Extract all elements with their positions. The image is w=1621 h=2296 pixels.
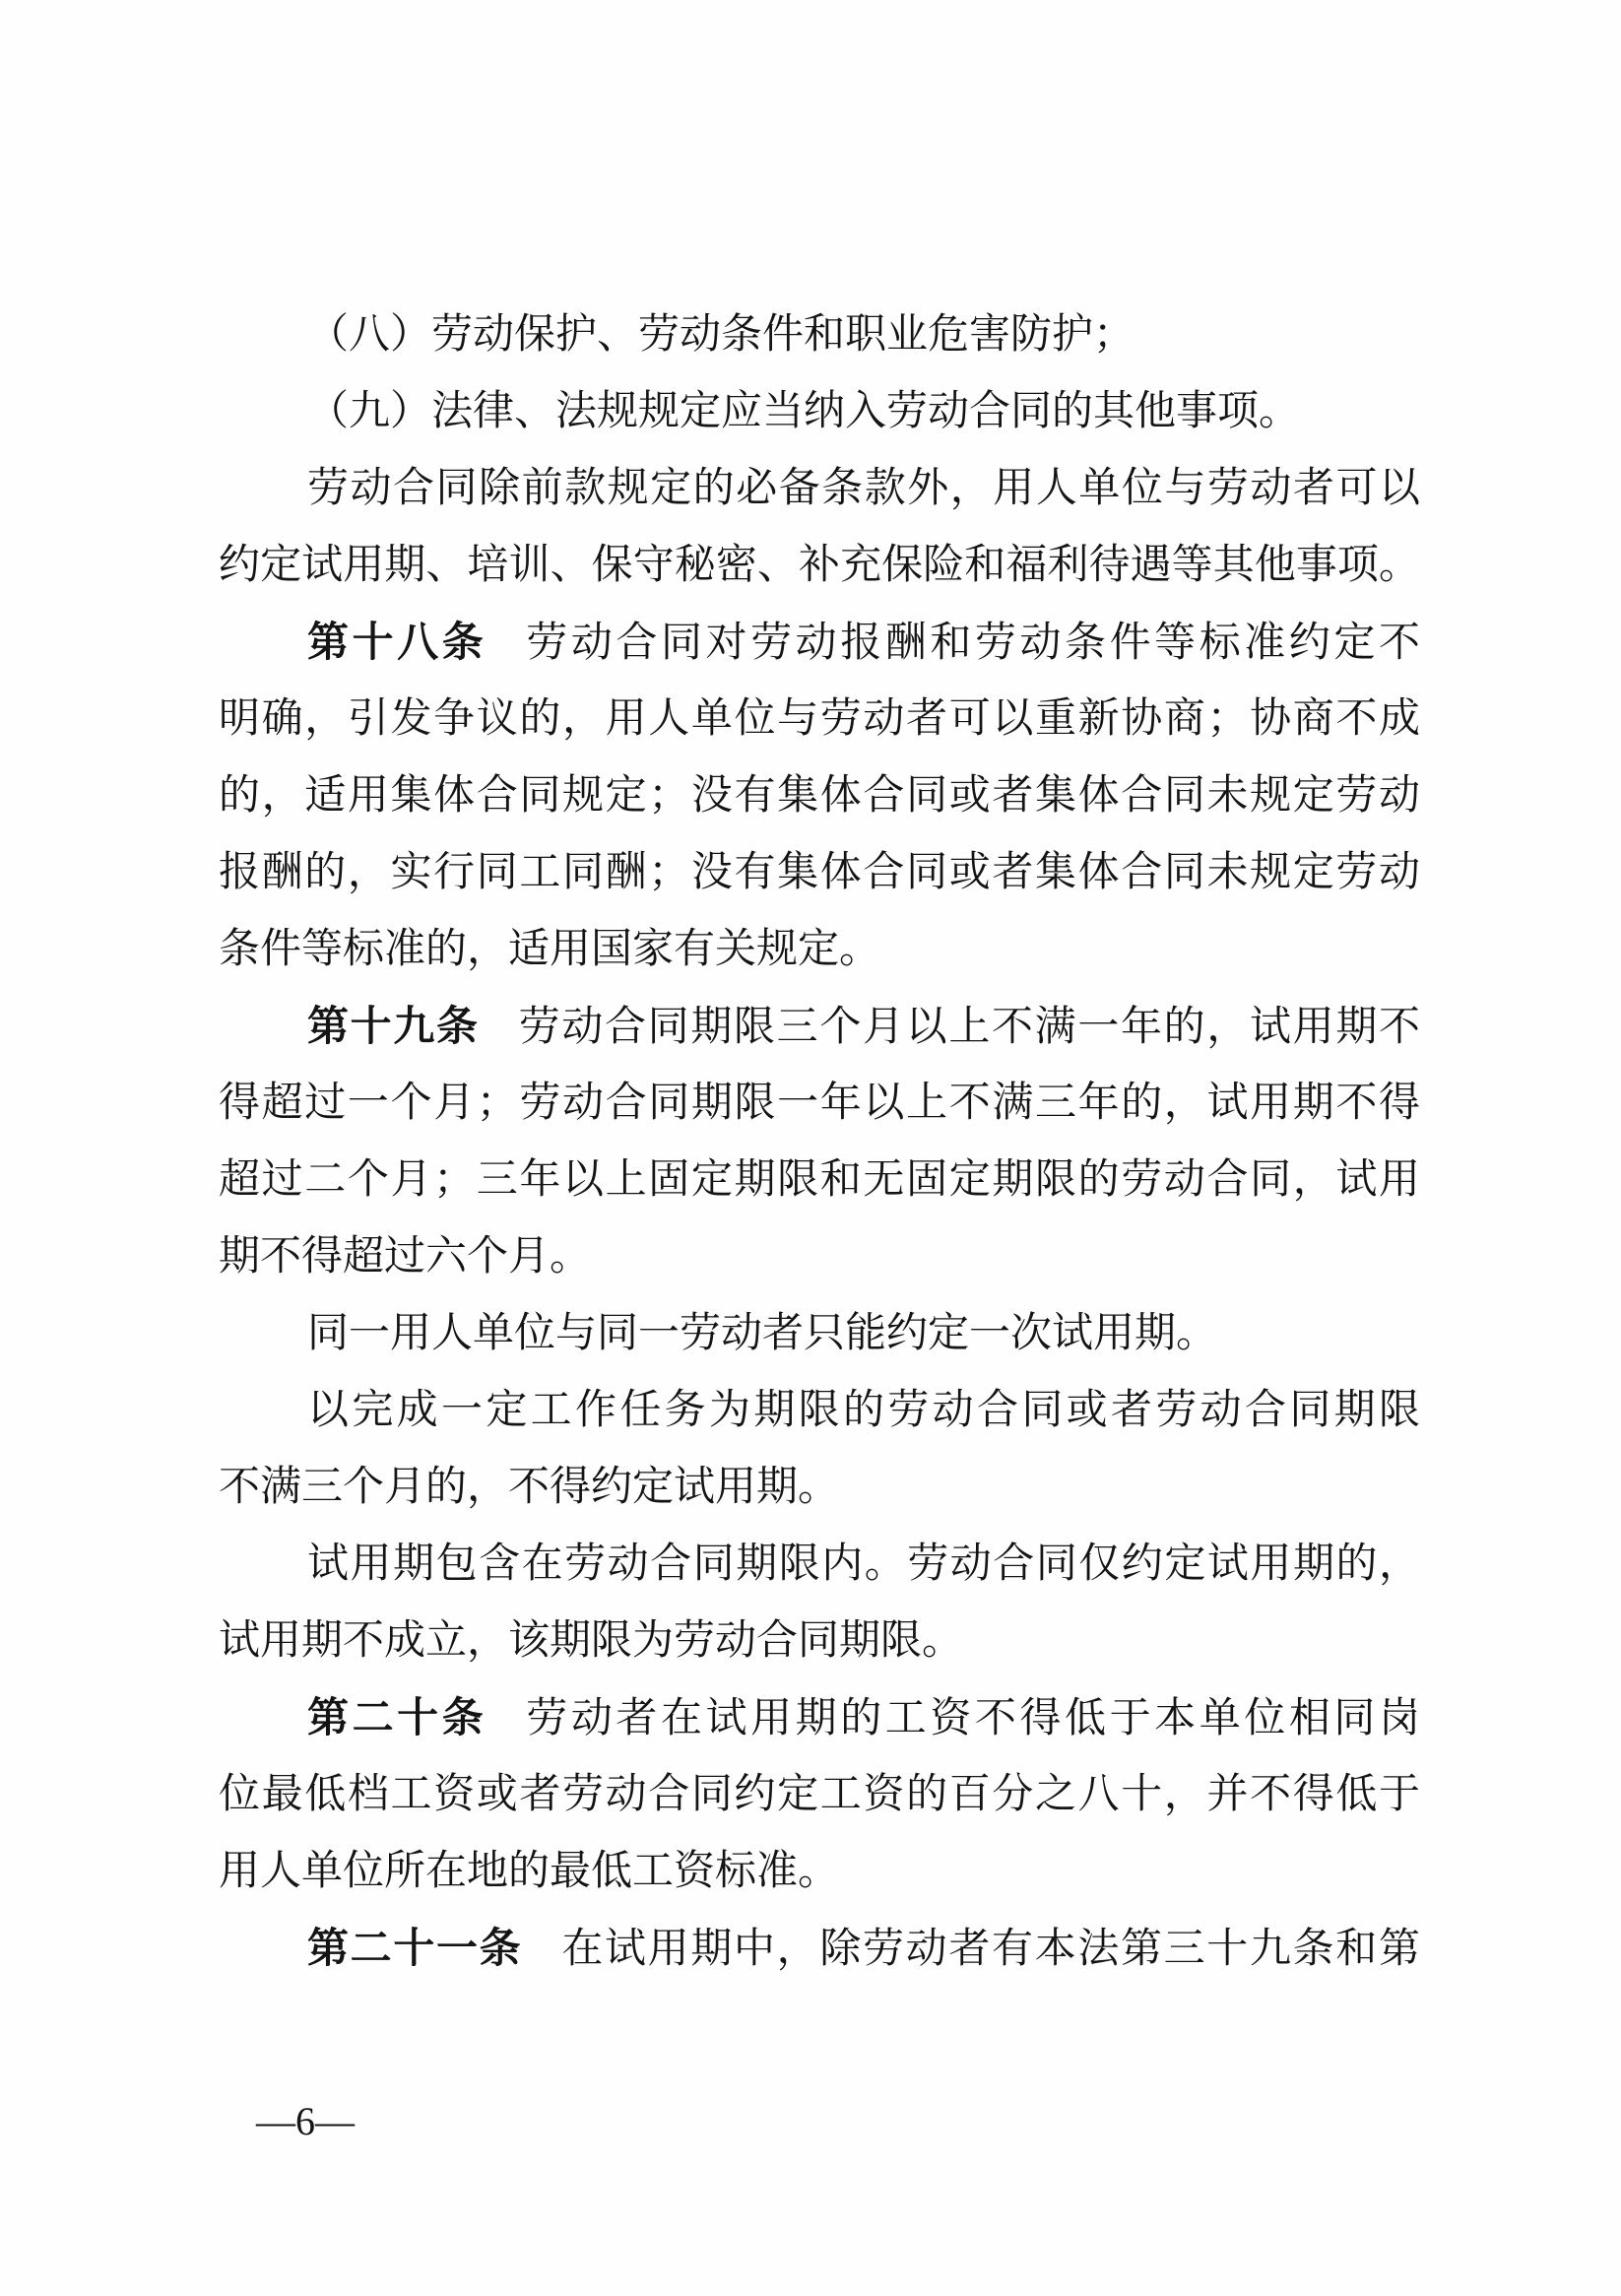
text-line: 试用期不成立，该期限为劳动合同期限。 (219, 1603, 1420, 1679)
text-line: 试用期包含在劳动合同期限内。劳动合同仅约定试用期的， (219, 1526, 1420, 1603)
document-body: （八）劳动保护、劳动条件和职业危害防护；（九）法律、法规规定应当纳入劳动合同的其… (219, 296, 1420, 1987)
text-line: 明确，引发争议的，用人单位与劳动者可以重新协商；协商不成 (219, 681, 1420, 757)
text-line: 不满三个月的，不得约定试用期。 (219, 1449, 1420, 1526)
text-line: 以完成一定工作任务为期限的劳动合同或者劳动合同期限 (219, 1372, 1420, 1449)
page-number: —6— (256, 2099, 355, 2144)
text-line: 第二十条劳动者在试用期的工资不得低于本单位相同岗 (219, 1679, 1420, 1756)
article-number-label: 第十八条 (307, 619, 486, 665)
text-line: （九）法律、法规规定应当纳入劳动合同的其他事项。 (219, 373, 1420, 450)
text-line: 约定试用期、培训、保守秘密、补充保险和福利待遇等其他事项。 (219, 527, 1420, 604)
text-line: 超过二个月；三年以上固定期限和无固定期限的劳动合同，试用 (219, 1142, 1420, 1218)
text-line: 得超过一个月；劳动合同期限一年以上不满三年的，试用期不得 (219, 1065, 1420, 1142)
text-line: 条件等标准的，适用国家有关规定。 (219, 911, 1420, 988)
text-line: 第二十一条在试用期中，除劳动者有本法第三十九条和第 (219, 1910, 1420, 1987)
article-number-label: 第二十一条 (307, 1925, 522, 1971)
text-line: 的，适用集体合同规定；没有集体合同或者集体合同未规定劳动 (219, 757, 1420, 834)
article-number-label: 第十九条 (307, 1003, 480, 1049)
text-line: 报酬的，实行同工同酬；没有集体合同或者集体合同未规定劳动 (219, 834, 1420, 911)
text-line: 用人单位所在地的最低工资标准。 (219, 1833, 1420, 1910)
text-line: 第十八条劳动合同对劳动报酬和劳动条件等标准约定不 (219, 604, 1420, 681)
text-line: 第十九条劳动合同期限三个月以上不满一年的，试用期不 (219, 988, 1420, 1065)
text-line: 位最低档工资或者劳动合同约定工资的百分之八十，并不得低于 (219, 1756, 1420, 1833)
text-line: 劳动合同除前款规定的必备条款外，用人单位与劳动者可以 (219, 450, 1420, 527)
text-line: 同一用人单位与同一劳动者只能约定一次试用期。 (219, 1295, 1420, 1372)
article-number-label: 第二十条 (307, 1694, 486, 1740)
text-line: 期不得超过六个月。 (219, 1218, 1420, 1295)
text-line: （八）劳动保护、劳动条件和职业危害防护； (219, 296, 1420, 373)
document-page: （八）劳动保护、劳动条件和职业危害防护；（九）法律、法规规定应当纳入劳动合同的其… (0, 0, 1621, 2296)
